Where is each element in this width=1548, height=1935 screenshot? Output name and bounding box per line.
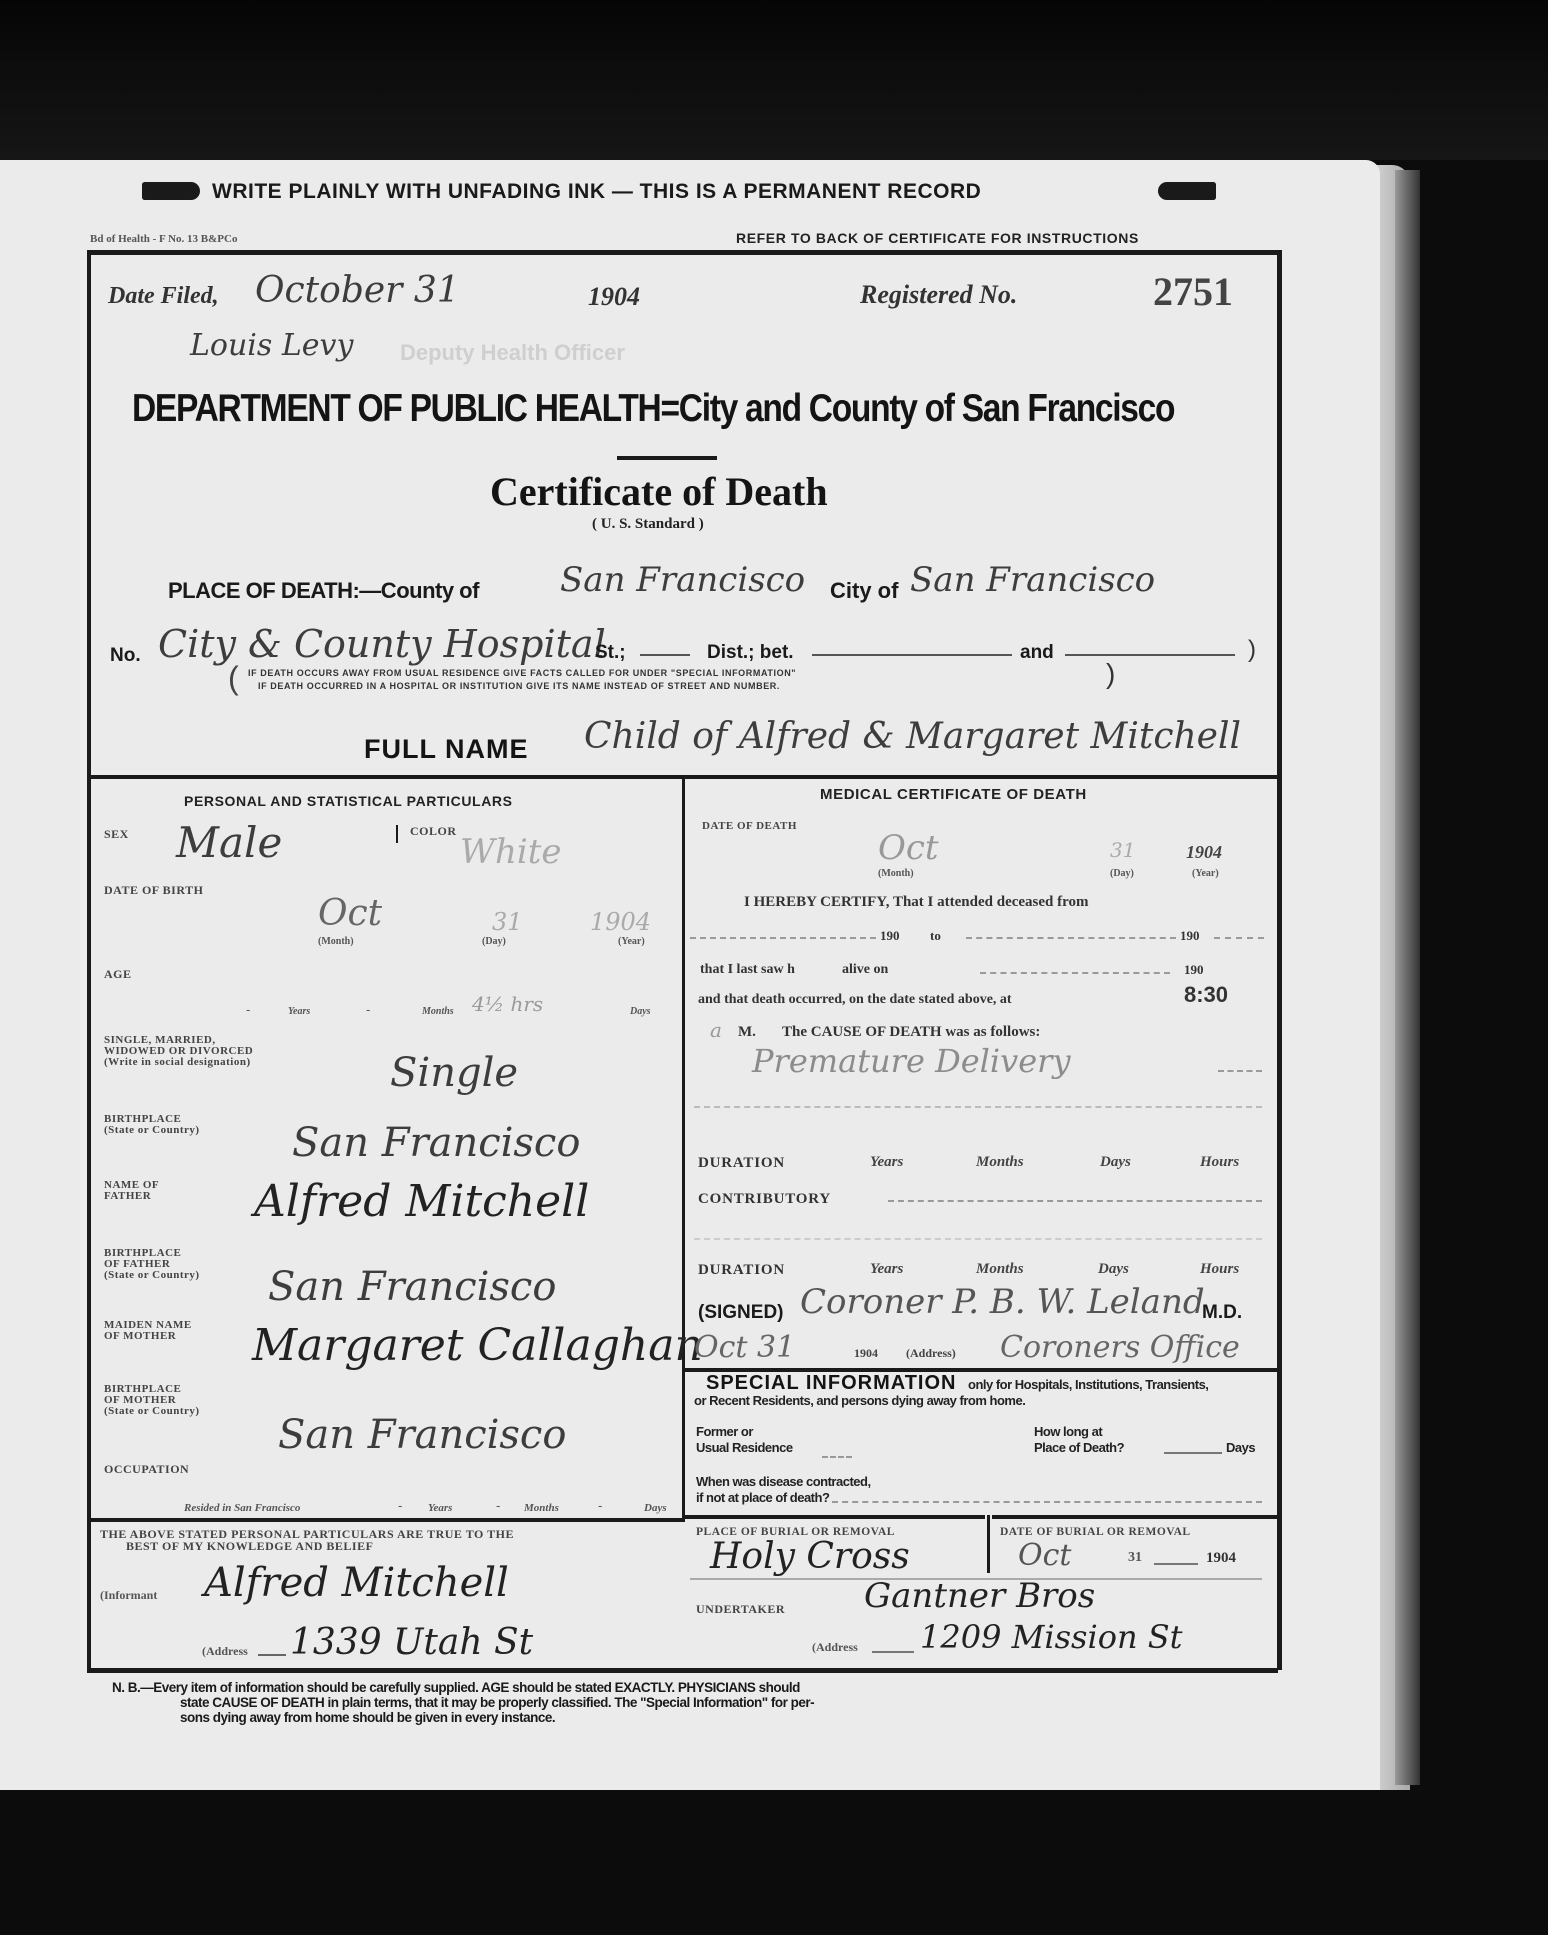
dod-year-caption: (Year) xyxy=(1192,868,1219,879)
special-title: SPECIAL INFORMATION xyxy=(706,1372,956,1395)
contracted-label-line1: When was disease contracted, xyxy=(696,1474,871,1490)
contributory-label: CONTRIBUTORY xyxy=(698,1191,831,1208)
signed-label: (SIGNED) xyxy=(698,1302,784,1324)
district-label: Dist.; bet. xyxy=(707,642,794,664)
resided-label: Resided in San Francisco xyxy=(184,1502,300,1514)
medical-section-title: MEDICAL CERTIFICATE OF DEATH xyxy=(820,786,1087,803)
color-value: White xyxy=(460,832,562,872)
dod-year: 1904 xyxy=(1186,842,1222,863)
street-blank xyxy=(640,654,690,656)
informant-statement: THE ABOVE STATED PERSONAL PARTICULARS AR… xyxy=(100,1528,514,1552)
mother-birthplace-label: BIRTHPLACE OF MOTHER (State or Country) xyxy=(104,1384,200,1417)
undertaker-address: 1209 Mission St xyxy=(920,1618,1183,1656)
how-long-label-line2: Place of Death? xyxy=(1034,1440,1124,1456)
burial-date-month: Oct xyxy=(1018,1538,1071,1573)
alive-year: 190 xyxy=(1184,962,1204,978)
pointing-hand-icon-right xyxy=(1158,182,1216,205)
duration-hours-2: Hours xyxy=(1200,1261,1239,1278)
dod-month: Oct xyxy=(878,828,939,868)
place-of-death-city: San Francisco xyxy=(910,560,1155,600)
birthplace-label-line2: (State or Country) xyxy=(104,1125,200,1136)
former-residence-label-line1: Former or xyxy=(696,1424,793,1440)
page-stack-shadow xyxy=(1395,170,1420,1785)
dob-month-caption: (Month) xyxy=(318,936,354,947)
father-birthplace-label: BIRTHPLACE OF FATHER (State or Country) xyxy=(104,1248,200,1281)
official-signature: Louis Levy xyxy=(190,328,353,363)
informant-statement-line2: BEST OF MY KNOWLEDGE AND BELIEF xyxy=(100,1540,514,1552)
duration-hours-1: Hours xyxy=(1200,1154,1239,1171)
color-tick xyxy=(396,825,398,843)
informant-label: (Informant xyxy=(100,1588,157,1603)
certify-from-year: 190 xyxy=(880,928,900,944)
duration-months-2: Months xyxy=(976,1261,1024,1278)
father-label: NAME OF FATHER xyxy=(104,1180,159,1202)
certificate-subtitle: ( U. S. Standard ) xyxy=(592,516,704,533)
footer-note: N. B.—Every item of information should b… xyxy=(112,1680,814,1725)
certificate-title: Certificate of Death xyxy=(490,468,828,515)
title-divider xyxy=(617,456,717,460)
certify-text: I HEREBY CERTIFY, That I attended deceas… xyxy=(744,894,1089,911)
marital-label: SINGLE, MARRIED, WIDOWED OR DIVORCED (Wr… xyxy=(104,1035,253,1068)
father-value: Alfred Mitchell xyxy=(254,1176,589,1227)
alive-on-text: alive on xyxy=(842,962,888,978)
former-residence-label-line2: Usual Residence xyxy=(696,1440,793,1456)
how-long-label-line1: How long at xyxy=(1034,1424,1124,1440)
color-label: COLOR xyxy=(410,825,457,837)
cause-text: The CAUSE OF DEATH was as follows: xyxy=(782,1024,1040,1041)
medical-address: Coroners Office xyxy=(1000,1330,1240,1365)
how-long-label: How long at Place of Death? xyxy=(1034,1424,1124,1456)
mother-label-line2: OF MOTHER xyxy=(104,1331,192,1342)
burial-date-year: 1904 xyxy=(1206,1550,1236,1567)
place-note-line1: IF DEATH OCCURS AWAY FROM USUAL RESIDENC… xyxy=(248,668,796,678)
resided-years-caption: Years xyxy=(428,1502,452,1514)
marital-label-line3: (Write in social designation) xyxy=(104,1057,253,1068)
dob-label: DATE OF BIRTH xyxy=(104,884,203,896)
registered-label: Registered No. xyxy=(860,280,1017,310)
burial-date-label: DATE of BURIAL or REMOVAL xyxy=(1000,1526,1191,1538)
pointing-hand-icon-left xyxy=(142,182,200,205)
registered-number: 2751 xyxy=(1153,268,1233,315)
mother-label: MAIDEN NAME OF MOTHER xyxy=(104,1320,192,1342)
undertaker-address-blank xyxy=(872,1651,914,1653)
form-id: Bd of Health - F No. 13 B&PCo xyxy=(90,233,237,245)
banner-text: WRITE PLAINLY WITH UNFADING INK — THIS I… xyxy=(212,180,981,204)
column-divider xyxy=(682,779,685,1519)
dob-month: Oct xyxy=(318,893,382,934)
former-residence-label: Former or Usual Residence xyxy=(696,1424,793,1456)
department-title: DEPARTMENT OF PUBLIC HEALTH=City and Cou… xyxy=(132,387,1174,431)
cause-of-death: Premature Delivery xyxy=(752,1042,1071,1080)
md-label: M.D. xyxy=(1202,1302,1242,1324)
age-months-value: - xyxy=(366,1002,370,1017)
birthplace-value: San Francisco xyxy=(292,1120,580,1166)
footer-note-line1: Every item of information should be care… xyxy=(153,1680,800,1695)
undertaker-name: Gantner Bros xyxy=(864,1576,1095,1616)
official-title-faint: Deputy Health Officer xyxy=(400,340,625,366)
date-filed-label: Date Filed, xyxy=(108,283,219,310)
and-blank xyxy=(1065,654,1235,656)
place-of-death-label: PLACE OF DEATH:—County of xyxy=(168,578,479,604)
m-label: M. xyxy=(738,1024,756,1041)
contributory-line2 xyxy=(694,1238,1262,1240)
mother-bp-label-line3: (State or Country) xyxy=(104,1406,200,1417)
special-subtitle-1: only for Hospitals, Institutions, Transi… xyxy=(968,1377,1208,1392)
paren-close-note: ) xyxy=(1106,658,1115,690)
informant-address-blank xyxy=(258,1654,286,1656)
street-label: St.; xyxy=(595,642,626,664)
signed-by: Coroner P. B. W. Leland xyxy=(800,1282,1205,1322)
footer-note-line3: sons dying away from home should be give… xyxy=(112,1710,814,1725)
duration-days-2: Days xyxy=(1098,1261,1129,1278)
alive-on-blank xyxy=(980,972,1170,974)
instructions-note: REFER TO BACK OF CERTIFICATE FOR INSTRUC… xyxy=(736,230,1139,246)
burial-date-blank xyxy=(1154,1563,1198,1565)
former-residence-blank xyxy=(822,1456,852,1458)
personal-section-title: PERSONAL AND STATISTICAL PARTICULARS xyxy=(184,793,513,809)
burial-place: Holy Cross xyxy=(710,1536,910,1577)
dod-label: DATE OF DEATH xyxy=(702,820,797,832)
medical-address-label: (Address) xyxy=(906,1346,956,1361)
dod-day-caption: (Day) xyxy=(1110,868,1134,879)
how-long-days: Days xyxy=(1226,1440,1255,1455)
burial-rule-right xyxy=(992,1515,1278,1519)
mother-value: Margaret Callaghan xyxy=(252,1320,703,1371)
footer-note-label: N. B.— xyxy=(112,1680,153,1695)
dob-day: 31 xyxy=(492,908,523,936)
death-meridiem: a xyxy=(710,1018,722,1042)
father-birthplace-value: San Francisco xyxy=(268,1264,556,1310)
father-label-line2: FATHER xyxy=(104,1191,159,1202)
place-note-line2: IF DEATH OCCURRED IN A HOSPITAL OR INSTI… xyxy=(258,681,780,691)
age-years-caption: Years xyxy=(288,1006,310,1017)
contracted-blank xyxy=(832,1501,1262,1503)
place-of-death-location: City & County Hospital xyxy=(158,622,606,666)
paren-close: ) xyxy=(1248,636,1256,664)
age-days-value: 4½ hrs xyxy=(472,992,543,1016)
full-name-label: FULL NAME xyxy=(364,734,529,765)
resided-days-caption: Days xyxy=(644,1502,667,1514)
undertaker-address-label: (Address xyxy=(812,1640,858,1655)
contributory-blank xyxy=(888,1200,1262,1202)
dob-day-caption: (Day) xyxy=(482,936,506,947)
resided-months-value: - xyxy=(496,1498,500,1513)
age-label: AGE xyxy=(104,968,132,980)
undertaker-label: UNDERTAKER xyxy=(696,1603,785,1615)
signed-date: Oct 31 xyxy=(694,1330,795,1365)
certify-to-year: 190 xyxy=(1180,928,1200,944)
no-label: No. xyxy=(110,645,141,667)
certify-to-blank xyxy=(966,937,1176,939)
frame-bottom-rule xyxy=(87,1668,1278,1673)
paren-open: ( xyxy=(228,660,239,697)
burial-date-day: 31 xyxy=(1128,1550,1142,1566)
certify-to-label: to xyxy=(930,928,941,944)
informant-address-label: (Address xyxy=(202,1644,248,1659)
dob-year-caption: (Year) xyxy=(618,936,645,947)
occupation-label: OCCUPATION xyxy=(104,1463,189,1475)
duration-years-2: Years xyxy=(870,1261,903,1278)
footer-note-line2: state CAUSE OF DEATH in plain terms, tha… xyxy=(112,1695,814,1710)
death-time: 8:30 xyxy=(1184,982,1228,1008)
age-years-value: - xyxy=(246,1002,250,1017)
sex-label: SEX xyxy=(104,828,129,840)
informant-name: Alfred Mitchell xyxy=(204,1560,509,1606)
duration-label-2: DURATION xyxy=(698,1262,785,1279)
informant-rule xyxy=(87,1518,685,1522)
burial-divider xyxy=(987,1515,990,1573)
full-name-value: Child of Alfred & Margaret Mitchell xyxy=(584,716,1241,757)
mother-birthplace-value: San Francisco xyxy=(278,1412,566,1458)
sex-value: Male xyxy=(176,818,282,867)
frame-top-rule xyxy=(87,250,1278,255)
place-of-death-county: San Francisco xyxy=(560,560,805,600)
dod-month-caption: (Month) xyxy=(878,868,914,879)
contracted-label-line2: if not at place of death? xyxy=(696,1490,871,1506)
resided-years-value: - xyxy=(398,1498,402,1513)
duration-label-1: DURATION xyxy=(698,1155,785,1172)
date-filed-year: 1904 xyxy=(588,282,640,312)
father-bp-label-line3: (State or Country) xyxy=(104,1270,200,1281)
and-label: and xyxy=(1020,642,1054,664)
duration-years-1: Years xyxy=(870,1154,903,1171)
dod-day: 31 xyxy=(1110,838,1135,862)
birthplace-label: BIRTHPLACE (State or Country) xyxy=(104,1114,200,1136)
date-filed-value: October 31 xyxy=(255,270,460,311)
resided-days-value: - xyxy=(598,1498,602,1513)
signed-year: 1904 xyxy=(854,1346,878,1361)
scanner-background xyxy=(0,0,1548,160)
district-blank xyxy=(812,654,1012,656)
age-months-caption: Months xyxy=(422,1006,454,1017)
duration-months-1: Months xyxy=(976,1154,1024,1171)
resided-months-caption: Months xyxy=(524,1502,559,1514)
duration-days-1: Days xyxy=(1100,1154,1131,1171)
burial-rule-left xyxy=(685,1515,985,1519)
cause-line2 xyxy=(694,1106,1262,1108)
occurred-text: and that death occurred, on the date sta… xyxy=(698,992,1012,1008)
informant-address-value: 1339 Utah St xyxy=(290,1622,533,1663)
last-saw-text: that I last saw h xyxy=(700,962,795,978)
cause-blank xyxy=(1218,1070,1262,1072)
city-label: City of xyxy=(830,578,898,604)
dob-year: 1904 xyxy=(590,908,651,936)
how-long-blank xyxy=(1164,1452,1222,1454)
age-days-caption: Days xyxy=(630,1006,651,1017)
certify-to-year-blank xyxy=(1214,937,1264,939)
special-subtitle-2: or Recent Residents, and persons dying a… xyxy=(694,1393,1025,1408)
certify-from-blank xyxy=(690,937,876,939)
marital-value: Single xyxy=(390,1050,518,1096)
